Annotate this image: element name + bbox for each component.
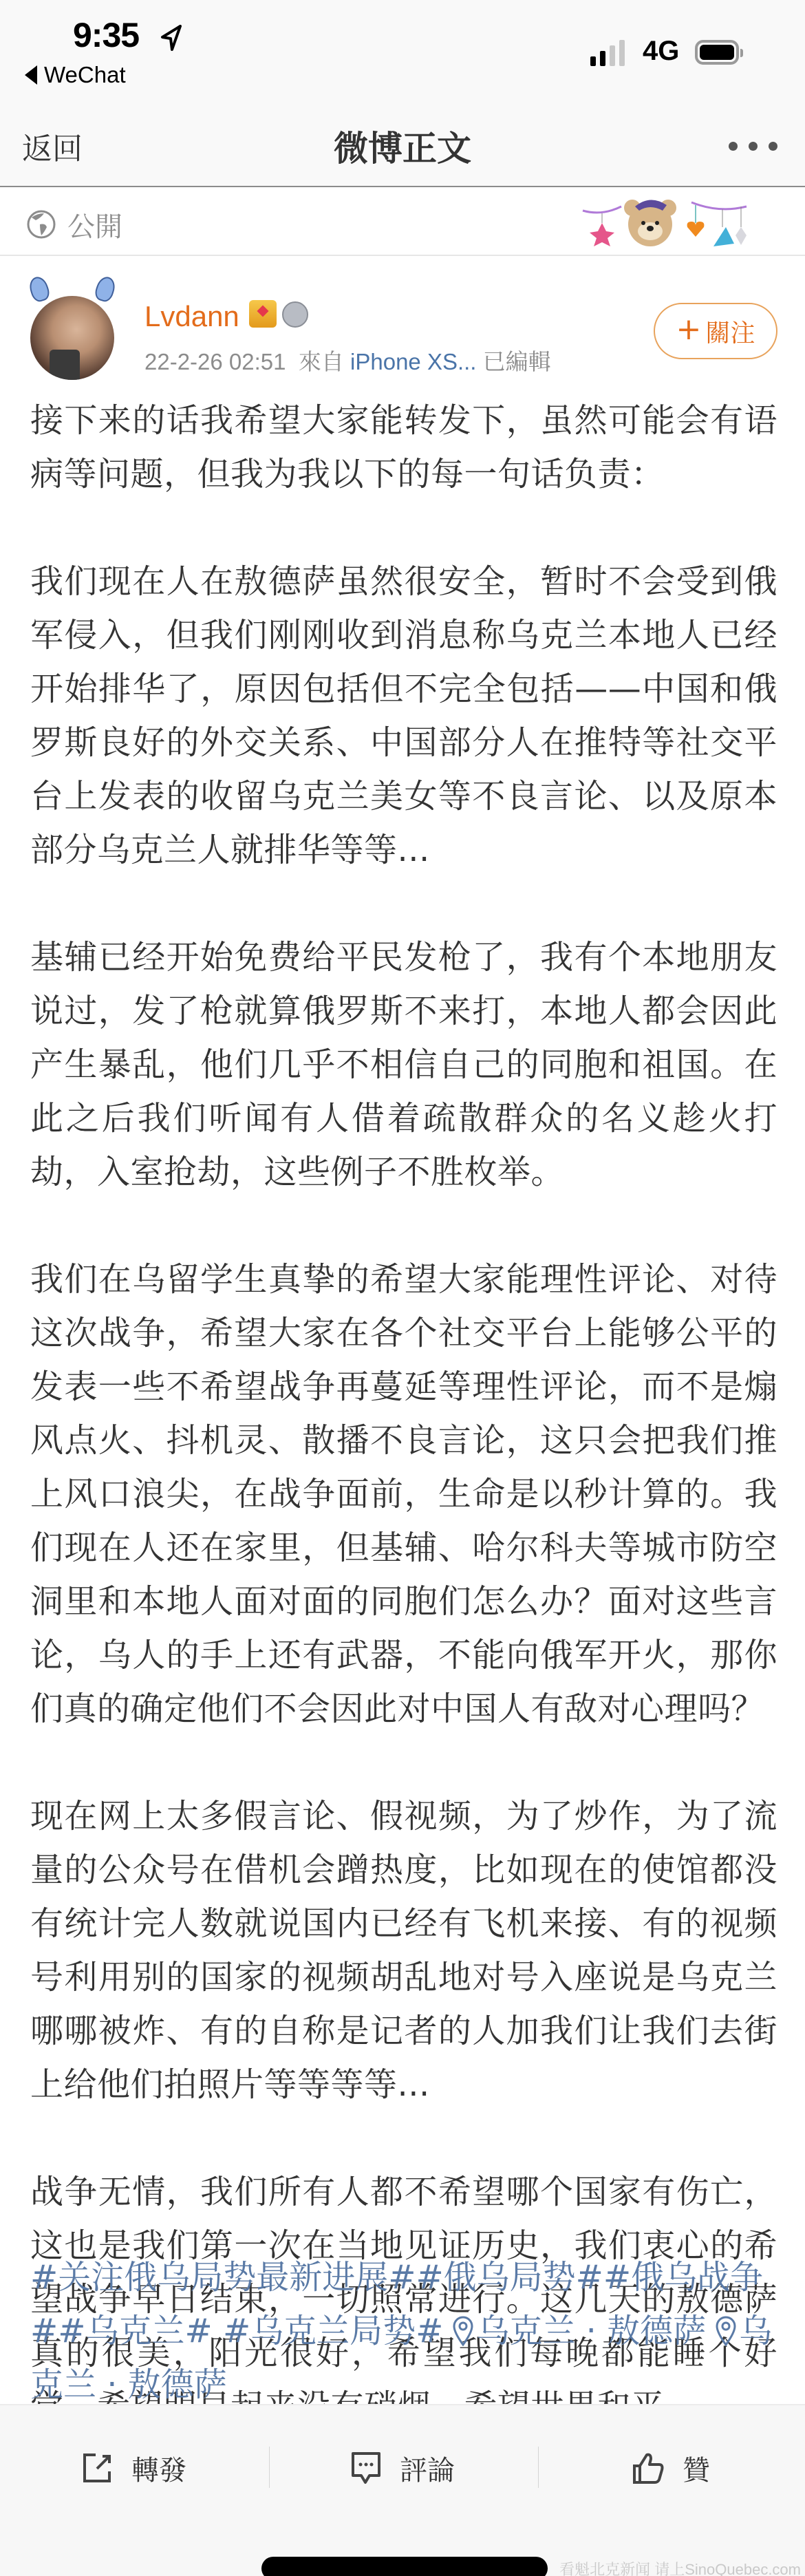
back-to-app-button[interactable]: WeChat bbox=[25, 62, 126, 88]
hashtags-block: #关注俄乌局势最新进展##俄乌局势##俄乌战争##乌克兰# #乌克兰局势#乌克兰… bbox=[30, 2250, 777, 2412]
medal-badge-icon[interactable] bbox=[282, 301, 308, 328]
repost-label: 轉發 bbox=[131, 2449, 186, 2488]
hashtag-link[interactable]: #乌克兰# bbox=[58, 2312, 212, 2350]
author-badges bbox=[249, 300, 308, 328]
bear-banner-decoration-icon bbox=[581, 193, 750, 252]
comment-button[interactable]: 評論 bbox=[268, 2444, 537, 2492]
post-paragraph: 基辅已经开始免费给平民发枪了，我有个本地朋友说过，发了枪就算俄罗斯不来打，本地人… bbox=[30, 930, 777, 1199]
edited-label[interactable]: 已編輯 bbox=[483, 349, 551, 374]
post-timestamp: 22-2-26 02:51 bbox=[144, 349, 286, 374]
hashtag-link[interactable]: #乌克兰局势# bbox=[223, 2312, 443, 2350]
location-pin-icon bbox=[716, 2316, 736, 2346]
network-type: 4G bbox=[643, 36, 679, 67]
repost-button[interactable]: 轉發 bbox=[0, 2444, 268, 2492]
thumbs-up-icon bbox=[632, 2451, 665, 2485]
avatar[interactable] bbox=[28, 277, 117, 380]
hashtag-link[interactable]: #俄乌局势# bbox=[416, 2258, 603, 2297]
post-body: 接下来的话我希望大家能转发下，虽然可能会有语病等问题，但我为我以下的每一句话负责… bbox=[30, 394, 777, 2487]
page-title: 微博正文 bbox=[0, 121, 805, 171]
follow-label: 關注 bbox=[705, 314, 755, 349]
location-arrow-icon bbox=[160, 25, 183, 52]
like-button[interactable]: 贊 bbox=[537, 2444, 805, 2492]
like-label: 贊 bbox=[683, 2449, 710, 2488]
globe-icon bbox=[26, 209, 56, 239]
hashtag-link[interactable]: #关注俄乌局势最新进展# bbox=[30, 2258, 416, 2297]
post-paragraph: 接下来的话我希望大家能转发下，虽然可能会有语病等问题，但我为我以下的每一句话负责… bbox=[30, 394, 777, 501]
comment-bubble-icon bbox=[350, 2451, 382, 2485]
action-bar: 轉發 評論 贊 看魁北克新闻 请上SinoQuebec.com bbox=[0, 2404, 805, 2576]
source-device-link[interactable]: iPhone XS... bbox=[350, 349, 476, 374]
more-dots-icon[interactable] bbox=[729, 142, 777, 151]
share-out-icon bbox=[82, 2452, 114, 2484]
avatar-ear-decoration-icon bbox=[93, 275, 118, 304]
post-header: Lvdann 22-2-26 02:51 來自 iPhone XS... 已編輯… bbox=[0, 256, 805, 380]
status-bar: 9:35 WeChat 4G bbox=[0, 0, 805, 103]
source-prefix: 來自 bbox=[299, 349, 344, 374]
comment-label: 評論 bbox=[400, 2449, 455, 2488]
location-link[interactable]: 乌克兰 · 敖德萨 bbox=[476, 2312, 706, 2350]
plus-icon: + bbox=[676, 315, 702, 345]
back-triangle-icon bbox=[25, 65, 37, 85]
location-pin-icon bbox=[453, 2316, 473, 2346]
post-meta: 22-2-26 02:51 來自 iPhone XS... 已編輯 bbox=[144, 344, 551, 376]
post-paragraph: 我们现在人在敖德萨虽然很安全，暂时不会受到俄军侵入，但我们刚刚收到消息称乌克兰本… bbox=[30, 555, 777, 877]
vip-crown-badge-icon[interactable] bbox=[249, 300, 277, 328]
follow-button[interactable]: + 關注 bbox=[654, 303, 777, 359]
author-name[interactable]: Lvdann bbox=[144, 300, 239, 333]
status-time: 9:35 bbox=[73, 15, 139, 55]
visibility-label: 公開 bbox=[67, 205, 122, 244]
home-indicator[interactable] bbox=[261, 2557, 548, 2576]
post-paragraph: 我们在乌留学生真挚的希望大家能理性评论、对待这次战争，希望大家在各个社交平台上能… bbox=[30, 1253, 777, 1736]
avatar-ear-decoration-icon bbox=[27, 275, 52, 304]
battery-icon bbox=[695, 40, 739, 65]
avatar-image bbox=[30, 296, 114, 380]
back-app-label: WeChat bbox=[44, 62, 126, 88]
cellular-signal-icon bbox=[590, 40, 625, 66]
nav-bar: 返回 微博正文 bbox=[0, 103, 805, 187]
visibility-row: 公開 bbox=[0, 187, 805, 256]
watermark: 看魁北克新闻 请上SinoQuebec.com bbox=[559, 2558, 801, 2576]
post-paragraph: 现在网上太多假言论、假视频，为了炒作，为了流量的公众号在借机会蹭热度，比如现在的… bbox=[30, 1789, 777, 2111]
